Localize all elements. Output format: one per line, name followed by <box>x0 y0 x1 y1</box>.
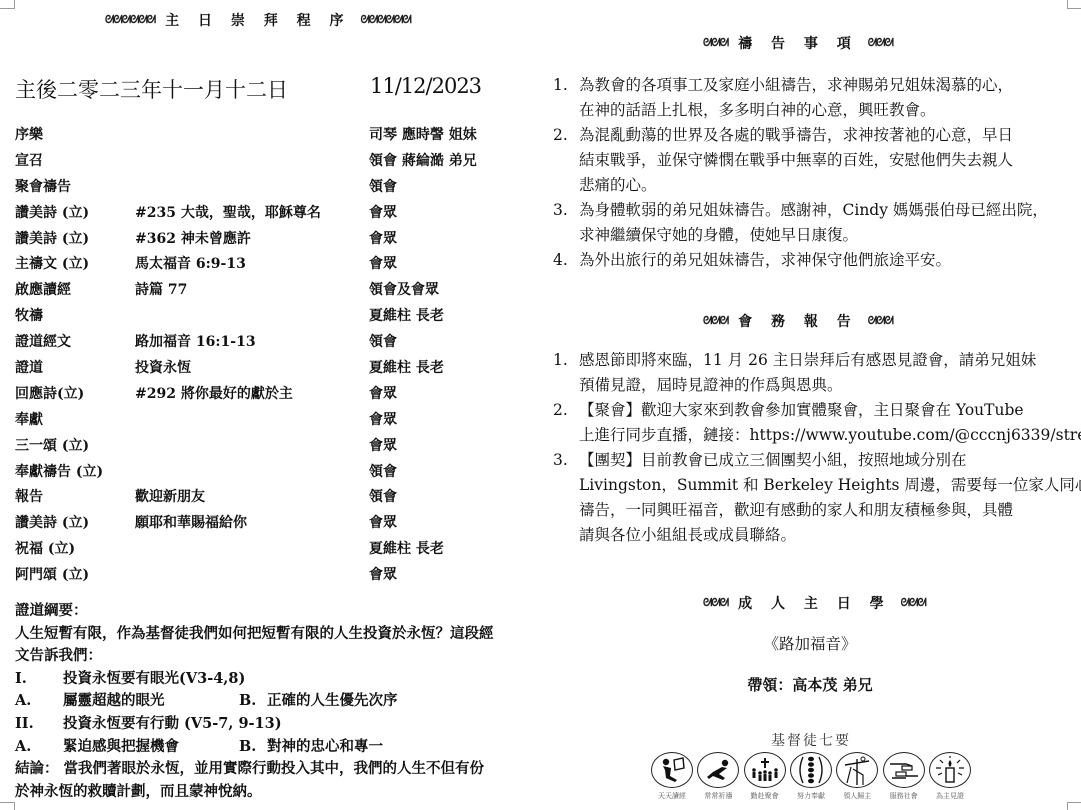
service-item-name: 回應詩(立) <box>15 383 84 403</box>
service-item-leader: 夏維柱 長老 <box>369 538 444 558</box>
service-item-leader: 會眾 <box>369 383 397 403</box>
service-item-leader: 領會 <box>369 176 397 196</box>
service-item-name: 啟應讀經 <box>15 279 71 299</box>
service-item-leader: 會眾 <box>369 512 397 532</box>
service-item-name: 證道經文 <box>15 331 71 351</box>
reading-person-icon <box>651 752 693 788</box>
service-item-row: 祝福 (立)夏維柱 長老 <box>15 535 535 561</box>
essential-attend-meetings: 勤赴聚會 <box>743 752 787 801</box>
service-item-leader: 會眾 <box>369 253 397 273</box>
list-item-line: 為外出旅行的弟兄姐妹禱告，求神保守他們旅途平安。 <box>579 248 1080 273</box>
prayer-item: 1.為教會的各項事工及家庭小組禱告，求神賜弟兄姐妹渴慕的心，在神的話語上扎根，多… <box>550 73 1080 123</box>
flourish-ornament-icon: ᘛᘛᘛ <box>868 314 893 328</box>
service-item-leader: 夏維柱 長老 <box>369 357 444 377</box>
kneeling-prayer-icon <box>697 752 739 788</box>
service-item-leader: 會眾 <box>369 228 397 248</box>
announcement-item: 2.【聚會】歡迎大家來到教會參加實體聚會，主日聚會在 YouTube上進行同步直… <box>550 398 1080 448</box>
sermon-outline: 證道綱要： 人生短暫有限，作為基督徒我們如何把短暫有限的人生投資於永恆？這段經 … <box>15 600 535 803</box>
outline-intro: 文告訴我們： <box>15 645 535 668</box>
list-number: 2. <box>553 398 568 423</box>
prayer-item: 2.為混亂動蕩的世界及各處的戰爭禱告，求神按著祂的心意，早日結束戰爭，並保守憐憫… <box>550 123 1080 198</box>
service-item-row: 聚會禱告領會 <box>15 173 535 199</box>
list-item-line: 感恩節即將來臨，11 月 26 主日崇拜后有感恩見證會，請弟兄姐妹 <box>579 348 1080 373</box>
service-item-row: 讚美詩 (立)#362 神未曾應許會眾 <box>15 225 535 251</box>
service-item-row: 報告歡迎新朋友領會 <box>15 483 535 509</box>
service-item-row: 啟應讀經詩篇 77領會及會眾 <box>15 276 535 302</box>
service-item-leader: 領會 <box>369 331 397 351</box>
flourish-ornament-icon: ᘛᘛᘛ <box>703 596 728 610</box>
service-item-name: 讚美詩 (立) <box>15 228 89 248</box>
service-item-leader: 會眾 <box>369 564 397 584</box>
service-item-name: 阿門頌 (立) <box>15 564 89 584</box>
cross-figure-icon <box>836 752 878 788</box>
list-item-line: 悲痛的心。 <box>579 173 1080 198</box>
list-item-line: 為混亂動蕩的世界及各處的戰爭禱告，求神按著祂的心意，早日 <box>579 123 1080 148</box>
list-item-line: 預備見證，屆時見證神的作爲與恩典。 <box>579 373 1080 398</box>
outline-conclusion: 於神永恆的救贖計劃，而且蒙神悅納。 <box>15 781 535 804</box>
service-item-row: 奉獻禱告 (立)領會 <box>15 458 535 484</box>
seven-essentials-graphic: 基督徒七要 天天讀經 常常祈禱 勤赴聚會 努力奉獻 <box>650 730 972 810</box>
candle-light-icon <box>929 752 971 788</box>
service-item-detail: 投資永恆 <box>135 357 191 377</box>
announcement-list: 1.感恩節即將來臨，11 月 26 主日崇拜后有感恩見證會，請弟兄姐妹預備見證，… <box>550 348 1080 548</box>
flourish-ornament-icon: ᘛᘛᘛ <box>901 596 926 610</box>
announcement-item: 1.感恩節即將來臨，11 月 26 主日崇拜后有感恩見證會，請弟兄姐妹預備見證，… <box>550 348 1080 398</box>
service-item-name: 證道 <box>15 357 43 377</box>
list-item-line: 為教會的各項事工及家庭小組禱告，求神賜弟兄姐妹渴慕的心， <box>579 73 1080 98</box>
outline-point-2-subpoints: A. 緊迫感與把握機會 B. 對神的忠心和專一 <box>15 736 535 759</box>
crop-mark-top-left <box>0 0 15 9</box>
list-item-line: 【聚會】歡迎大家來到教會參加實體聚會，主日聚會在 YouTube <box>579 398 1080 423</box>
prayer-item: 3.為身體軟弱的弟兄姐妹禱告。感謝神，Cindy 媽媽張伯母已經出院，求神繼續保… <box>550 198 1080 248</box>
order-of-service: 序樂司琴 應時謦 姐妹宣召領會 蔣綸澔 弟兄聚會禱告領會讚美詩 (立)#235 … <box>15 121 535 587</box>
prayer-item: 4.為外出旅行的弟兄姐妹禱告，求神保守他們旅途平安。 <box>550 248 1080 273</box>
essential-evangelize: 領人歸主 <box>835 752 879 801</box>
date-chinese: 主後二零二三年十一月十二日 <box>15 74 288 104</box>
service-item-name: 牧禱 <box>15 305 43 325</box>
service-item-leader: 會眾 <box>369 409 397 429</box>
service-item-leader: 夏維柱 長老 <box>369 305 444 325</box>
list-number: 1. <box>553 348 568 373</box>
flourish-ornament-icon: ᘛᘛᘛ <box>868 36 893 50</box>
service-item-detail: 願耶和華賜福給你 <box>135 512 247 532</box>
essential-serve-society: 服務社會 <box>882 752 926 801</box>
flourish-ornament-icon: ᘛᘛᘛ <box>703 314 728 328</box>
flourish-ornament-icon: ᘛᘛᘛᘛᘛᘛ <box>361 13 411 27</box>
outline-point-1-subpoints: A. 屬靈超越的眼光 B. 正確的人生優先次序 <box>15 690 535 713</box>
service-item-row: 宣召領會 蔣綸澔 弟兄 <box>15 147 535 173</box>
list-item-line: Livingston，Summit 和 Berkeley Heights 周邊，… <box>579 473 1080 498</box>
list-item-line: 在神的話語上扎根，多多明白神的心意，興旺教會。 <box>579 98 1080 123</box>
outline-conclusion: 結論： 當我們著眼於永恆，並用實際行動投入其中，我們的人生不但有份 <box>15 758 535 781</box>
congregation-cross-icon <box>744 752 786 788</box>
service-item-row: 回應詩(立)#292 將你最好的獻於主會眾 <box>15 380 535 406</box>
service-item-row: 奉獻會眾 <box>15 406 535 432</box>
essential-witness: 為主見證 <box>928 752 972 801</box>
service-item-row: 證道經文路加福音 16:1-13領會 <box>15 328 535 354</box>
service-item-leader: 領會 <box>369 486 397 506</box>
service-item-row: 主禱文 (立)馬太福音 6:9-13會眾 <box>15 250 535 276</box>
service-item-detail: 馬太福音 6:9-13 <box>135 253 246 273</box>
crop-mark-bottom-right <box>1067 802 1081 810</box>
service-item-leader: 領會 蔣綸澔 弟兄 <box>369 150 477 170</box>
service-item-name: 聚會禱告 <box>15 176 71 196</box>
announcements-title: ᘛᘛᘛ會 務 報 告ᘛᘛᘛ <box>703 311 893 331</box>
service-item-detail: 歡迎新朋友 <box>135 486 205 506</box>
service-item-name: 奉獻 <box>15 409 43 429</box>
service-item-name: 宣召 <box>15 150 43 170</box>
service-item-leader: 會眾 <box>369 435 397 455</box>
outline-intro: 人生短暫有限，作為基督徒我們如何把短暫有限的人生投資於永恆？這段經 <box>15 623 535 646</box>
essential-give-offering: 努力奉獻 <box>789 752 833 801</box>
service-item-row: 阿門頌 (立)會眾 <box>15 561 535 587</box>
service-item-name: 讚美詩 (立) <box>15 512 89 532</box>
service-item-detail: #362 神未曾應許 <box>135 228 251 248</box>
helping-hands-icon <box>883 752 925 788</box>
service-item-row: 證道投資永恆夏維柱 長老 <box>15 354 535 380</box>
essential-read-bible: 天天讀經 <box>650 752 694 801</box>
service-item-name: 讚美詩 (立) <box>15 202 89 222</box>
service-item-row: 序樂司琴 應時謦 姐妹 <box>15 121 535 147</box>
prayer-items-title: ᘛᘛᘛ禱 告 事 項ᘛᘛᘛ <box>703 33 893 53</box>
list-number: 3. <box>553 448 568 473</box>
list-number: 3. <box>553 198 568 223</box>
list-item-line: 求神繼續保守她的身體，使她早日康復。 <box>579 223 1080 248</box>
sunday-school-title: ᘛᘛᘛ成 人 主 日 學ᘛᘛᘛ <box>703 593 926 613</box>
flourish-ornament-icon: ᘛᘛᘛ <box>703 36 728 50</box>
list-number: 2. <box>553 123 568 148</box>
crop-mark-bottom-left <box>0 802 15 810</box>
service-item-leader: 領會及會眾 <box>369 279 439 299</box>
outline-point-2: II. 投資永恆要有行動 (V5-7, 9-13) <box>15 713 535 736</box>
service-item-name: 主禱文 (立) <box>15 253 89 273</box>
date-numeric: 11/12/2023 <box>370 74 481 98</box>
worship-order-title: ᘛᘛᘛᘛᘛᘛ主 日 崇 拜 程 序ᘛᘛᘛᘛᘛᘛ <box>105 10 411 30</box>
service-item-detail: 路加福音 16:1-13 <box>135 331 256 351</box>
outline-heading: 證道綱要： <box>15 600 535 623</box>
seven-essentials-title: 基督徒七要 <box>650 730 972 748</box>
service-item-leader: 司琴 應時謦 姐妹 <box>369 124 477 144</box>
service-item-name: 祝福 (立) <box>15 538 75 558</box>
service-item-leader: 領會 <box>369 461 397 481</box>
list-item-line: 上進行同步直播，鏈接：https://www.youtube.com/@cccn… <box>579 423 1080 448</box>
service-item-row: 三一頌 (立)會眾 <box>15 432 535 458</box>
sunday-school-leader: 帶領：高本茂 弟兄 <box>640 674 980 695</box>
service-item-row: 讚美詩 (立)願耶和華賜福給你會眾 <box>15 509 535 535</box>
list-item-line: 請與各位小組組長或成員聯絡。 <box>579 523 1080 548</box>
service-item-name: 報告 <box>15 486 43 506</box>
announcement-item: 3.【團契】目前教會已成立三個團契小組，按照地域分別在Livingston，Su… <box>550 448 1080 548</box>
service-item-name: 奉獻禱告 (立) <box>15 461 103 481</box>
service-item-leader: 會眾 <box>369 202 397 222</box>
service-item-name: 序樂 <box>15 124 43 144</box>
outline-point-1: I. 投資永恆要有眼光(V3-4,8) <box>15 668 535 691</box>
service-item-row: 牧禱夏維柱 長老 <box>15 302 535 328</box>
service-item-detail: #292 將你最好的獻於主 <box>135 383 293 403</box>
crop-mark-top-right <box>1067 0 1081 9</box>
list-item-line: 結束戰爭，並保守憐憫在戰爭中無辜的百姓，安慰他們失去親人 <box>579 148 1080 173</box>
service-item-detail: 詩篇 77 <box>135 279 187 299</box>
flourish-ornament-icon: ᘛᘛᘛᘛᘛᘛ <box>105 13 155 27</box>
prayer-list: 1.為教會的各項事工及家庭小組禱告，求神賜弟兄姐妹渴慕的心，在神的話語上扎根，多… <box>550 73 1080 273</box>
list-item-line: 禱告，一同興旺福音，歡迎有感動的家人和朋友積極參與，具體 <box>579 498 1080 523</box>
fish-loaves-icon <box>790 752 832 788</box>
list-item-line: 【團契】目前教會已成立三個團契小組，按照地域分別在 <box>579 448 1080 473</box>
essential-pray: 常常祈禱 <box>696 752 740 801</box>
list-item-line: 為身體軟弱的弟兄姐妹禱告。感謝神，Cindy 媽媽張伯母已經出院， <box>579 198 1080 223</box>
service-item-detail: #235 大哉，聖哉，耶穌尊名 <box>135 202 321 222</box>
list-number: 4. <box>553 248 568 273</box>
sunday-school-book: 《路加福音》 <box>640 632 980 654</box>
list-number: 1. <box>553 73 568 98</box>
service-item-name: 三一頌 (立) <box>15 435 89 455</box>
service-item-row: 讚美詩 (立)#235 大哉，聖哉，耶穌尊名會眾 <box>15 199 535 225</box>
